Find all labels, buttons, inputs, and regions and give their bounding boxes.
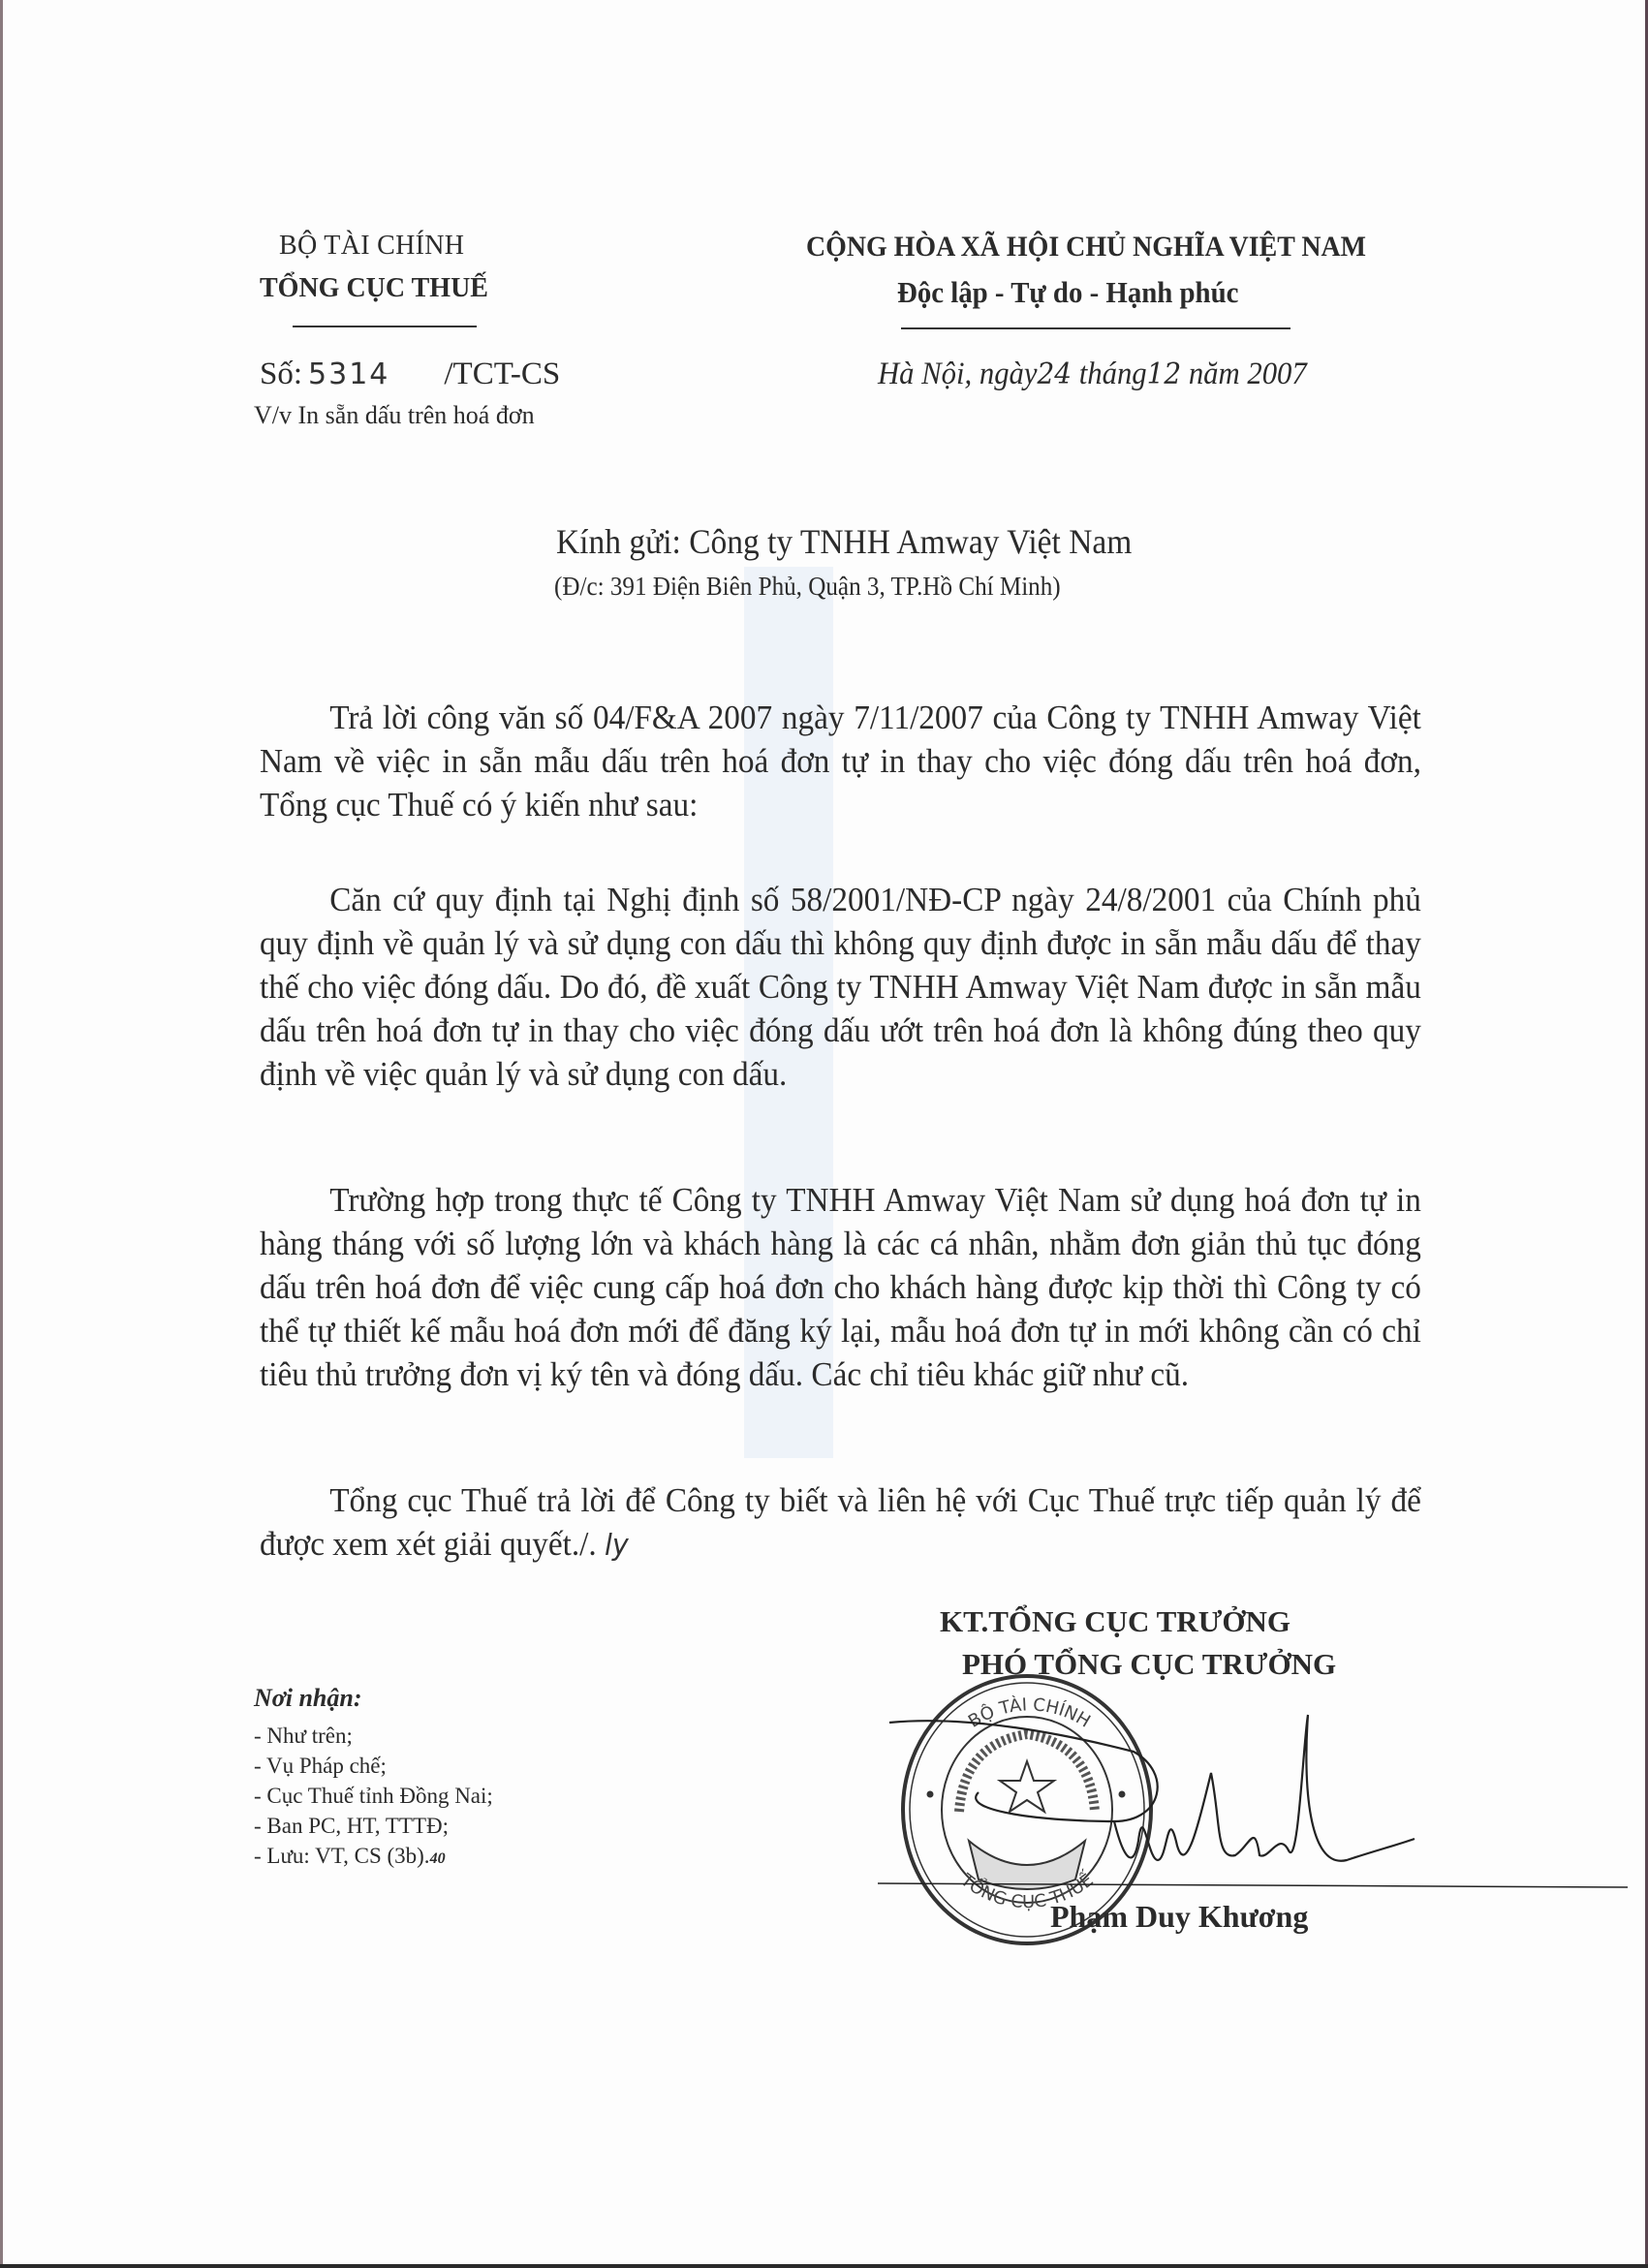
svg-text:BỘ TÀI CHÍNH: BỘ TÀI CHÍNH — [965, 1694, 1094, 1732]
addressee-address: (Đ/c: 391 Điện Biên Phủ, Quận 3, TP.Hồ C… — [554, 572, 1061, 602]
body-paragraph: Trường hợp trong thực tế Công ty TNHH Am… — [260, 1178, 1421, 1396]
place-date: Hà Nội, ngày24 tháng12 năm 2007 — [878, 357, 1307, 392]
body-paragraph: Căn cứ quy định tại Nghị định số 58/2001… — [260, 878, 1421, 1096]
document-number-handwritten: 5314 — [308, 357, 389, 391]
signature-title-secondary: PHÓ TỔNG CỤC TRƯỞNG — [962, 1647, 1336, 1682]
month-handwritten: 12 — [1147, 357, 1182, 391]
year-text: năm 2007 — [1181, 357, 1307, 391]
addressee-line: Kính gửi: Công ty TNHH Amway Việt Nam — [556, 521, 1132, 562]
document-number-label: Số: — [260, 357, 302, 391]
scan-edge-left — [0, 0, 3, 2268]
handwritten-initials: ly — [605, 1529, 629, 1563]
header-divider-right — [901, 327, 1290, 329]
recipient-item: - Cục Thuế tỉnh Đồng Nai; — [254, 1781, 493, 1811]
document-number: Số:5314/TCT-CS — [260, 357, 560, 392]
recipients-list: - Như trên; - Vụ Pháp chế; - Cục Thuế tỉ… — [254, 1721, 493, 1874]
recipient-item: - Vụ Pháp chế; — [254, 1751, 493, 1781]
recipient-item: - Ban PC, HT, TTTĐ; — [254, 1811, 493, 1841]
signer-name: Phạm Duy Khương — [1050, 1899, 1308, 1935]
place-prefix: Hà Nội, ngày — [878, 357, 1038, 391]
document-number-suffix: /TCT-CS — [444, 357, 560, 391]
recipients-title: Nơi nhận: — [254, 1684, 362, 1713]
recipient-item: - Như trên; — [254, 1721, 493, 1751]
national-motto: Độc lập - Tự do - Hạnh phúc — [897, 275, 1238, 310]
month-prefix: tháng — [1072, 357, 1147, 391]
day-handwritten: 24 — [1038, 357, 1073, 391]
handwritten-signature — [878, 1715, 1628, 1887]
stamp-top-text: BỘ TÀI CHÍNH — [965, 1694, 1094, 1732]
ministry-name: BỘ TÀI CHÍNH — [279, 231, 464, 262]
header-divider-left — [293, 326, 477, 327]
body-paragraph: Trả lời công văn số 04/F&A 2007 ngày 7/1… — [260, 696, 1421, 826]
document-subject: V/v In sẵn dấu trên hoá đơn — [254, 401, 535, 430]
body-paragraph-closing: Tổng cục Thuế trả lời để Công ty biết và… — [260, 1478, 1421, 1568]
recipient-item-archive: - Lưu: VT, CS (3b).40 — [254, 1841, 493, 1874]
scan-edge-bottom — [0, 2264, 1648, 2268]
department-name: TỔNG CỤC THUẾ — [260, 273, 488, 304]
closing-text: Tổng cục Thuế trả lời để Công ty biết và… — [260, 1481, 1421, 1563]
signature-title-primary: KT.TỔNG CỤC TRƯỞNG — [940, 1604, 1290, 1639]
handwritten-copy-count: 40 — [430, 1850, 446, 1867]
nation-title: CỘNG HÒA XÃ HỘI CHỦ NGHĨA VIỆT NAM — [806, 231, 1366, 264]
recipient-item-text: - Lưu: VT, CS (3b). — [254, 1844, 430, 1868]
